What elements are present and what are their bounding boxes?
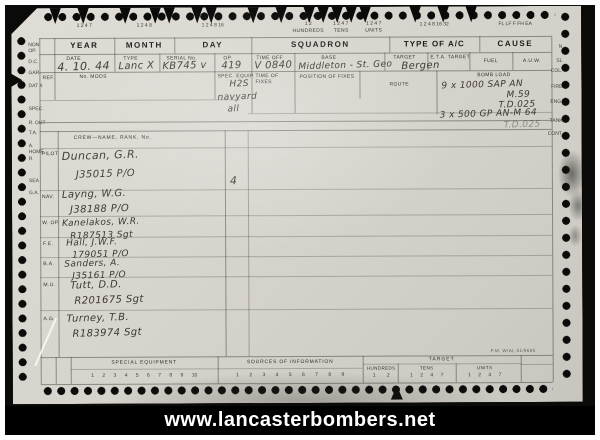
label-sources-of-information: SOURCES OF INFORMATION: [218, 359, 363, 366]
label-hundreds: HUNDREDS: [291, 28, 325, 34]
scale-units: 1 2 4 7: [358, 21, 389, 27]
label-special-equipment: SPECIAL EQUIPMENT: [71, 359, 218, 366]
handwriting-target: Bergen: [401, 60, 440, 72]
edge-label-non-op: NON OP.: [28, 42, 46, 54]
crew-name: Hall, J.W.F.: [66, 237, 118, 249]
sources-numbers: 1 2 3 4 5 6 7 8 9: [222, 372, 359, 379]
raid-report-punch-card: 1 2 4 7 1 2 4 8 1 2 4 8 16 1 2 1 2 4 7 1…: [11, 6, 583, 404]
scale-year: 1 2 4 7: [54, 23, 114, 29]
crew-header: CREW—NAME, RANK, No.: [74, 135, 152, 141]
punch-notch: [119, 7, 131, 24]
grid-line: [114, 38, 115, 72]
grid-line: [58, 131, 60, 357]
handwriting-squadron: 419: [221, 60, 242, 72]
handwriting-ops-count: 4: [230, 174, 238, 187]
header-type-ac: TYPE OF A/C: [389, 39, 479, 48]
crew-number: J35015 P/O: [76, 168, 136, 181]
punch-notch: [49, 7, 61, 24]
grid-line: [398, 364, 399, 383]
header-month: MONTH: [114, 41, 174, 50]
grid-line: [40, 129, 552, 132]
label-route: ROUTE: [389, 82, 409, 88]
grid-line: [40, 99, 240, 101]
punch-notch: [191, 6, 203, 23]
punch-notch: [163, 7, 175, 24]
punch-holes-right: [559, 10, 573, 386]
grid-line: [174, 38, 175, 54]
target-tens-numbers: 1 2 4 7: [400, 372, 454, 378]
header-year: YEAR: [54, 41, 114, 50]
grid-line: [479, 36, 480, 52]
scale-tens: 1 2 4 7: [324, 21, 357, 27]
header-day: DAY: [174, 40, 251, 49]
scale-type-ac: 1 2 4 8 16 32: [389, 21, 479, 27]
grid-line: [456, 363, 457, 382]
edge-label-ta: T.A.: [29, 130, 47, 136]
label-tens-bottom: TENS: [400, 365, 454, 370]
grid-line: [159, 54, 160, 72]
punch-notch: [247, 6, 259, 23]
special-equipment-numbers: 1 2 3 4 5 6 7 8 9 10: [75, 372, 214, 379]
handwriting-spec-equip-2: navyard: [217, 92, 257, 103]
grid-line: [56, 357, 57, 384]
edge-label-r-out: R. OUT: [29, 120, 47, 126]
handwriting-serial: KB745 v: [162, 60, 207, 72]
crew-row-line: [40, 308, 552, 311]
crew-number: J38188 P/O: [70, 203, 130, 216]
crew-name: Layng, W.G.: [62, 188, 127, 201]
grid-line: [294, 53, 295, 113]
grid-line: [71, 368, 363, 370]
crew-number: R183974 Sgt: [72, 327, 142, 340]
edge-label-sl: SL: [544, 58, 562, 64]
crew-name: Tutt, D.D.: [70, 279, 122, 292]
grid-line: [521, 364, 553, 365]
target-units-numbers: 1 2 4 7: [458, 372, 512, 378]
form-reference: F.M. W/AL 51/9685: [491, 348, 536, 353]
punch-notch-left: [10, 73, 22, 87]
crew-number: R201675 Sgt: [74, 294, 144, 307]
label-units: UNITS: [358, 28, 389, 34]
scan-backdrop: 1 2 4 7 1 2 4 8 1 2 4 8 16 1 2 1 2 4 7 1…: [5, 5, 595, 435]
label-target-bottom: TARGET: [363, 356, 521, 363]
crew-name: Kanelakos, W.R.: [62, 217, 140, 229]
scale-day: 1 2 4 8 16: [174, 22, 251, 28]
label-mods: No. MODS: [79, 74, 106, 80]
punch-notch: [437, 5, 449, 22]
crew-name: Duncan, G.R.: [62, 148, 140, 163]
edge-label-cont: CONT.: [545, 131, 563, 137]
edge-label-ga: G.A.: [29, 190, 47, 196]
label-units-bottom: UNITS: [458, 365, 512, 370]
edge-label-r: R.: [29, 156, 47, 162]
label-time-of-fixes: TIME OF FIXES: [255, 73, 291, 85]
handwriting-type: Lanc X: [118, 60, 154, 72]
edge-label-n: N: [544, 44, 562, 50]
handwriting-date: 4. 10. 44: [57, 59, 110, 74]
grid-line: [214, 53, 215, 99]
crew-name: Turney, T.B.: [66, 312, 129, 325]
edge-label-dat-x: DAT X: [28, 83, 46, 89]
label-target: TARGET: [393, 54, 415, 60]
grid-line: [40, 120, 552, 123]
edge-label-fire: FIRE: [544, 84, 562, 90]
header-cause: CAUSE: [479, 39, 551, 48]
grid-line: [359, 71, 360, 99]
punch-notch: [465, 5, 477, 22]
edge-label-eng: ENG.: [545, 99, 563, 105]
label-position-of-fixes: POSITION OF FIXES: [299, 74, 354, 80]
edge-label-sea: SEA: [29, 178, 47, 184]
scale-hundreds: 1 2: [293, 21, 323, 27]
handwriting-spec-equip-3: all: [227, 104, 239, 114]
label-tens: TENS: [326, 28, 356, 34]
edge-label-gar: GAR.: [28, 70, 46, 76]
grid-line: [389, 37, 390, 53]
handwriting-spec-equip-1: H2S: [229, 79, 249, 90]
crew-role-ba: B.A.: [43, 261, 54, 267]
label-base: BASE: [321, 55, 336, 61]
handwriting-bomb-5: T.D.025: [504, 119, 541, 130]
label-fuel: FUEL: [469, 58, 512, 64]
paper-crease: [34, 318, 57, 366]
edge-label-a-home: A. HOME: [29, 143, 47, 155]
punch-notch: [77, 7, 89, 24]
target-hundreds-numbers: 1 2: [365, 373, 398, 379]
handwriting-time-off: V 0840: [254, 60, 292, 72]
grid-line: [248, 130, 250, 356]
edge-label-spec: SPEC.: [29, 106, 47, 112]
grid-line: [225, 130, 227, 356]
punch-notch-bottom: [391, 386, 403, 400]
crew-role-mu: M.U.: [43, 282, 55, 288]
punch-notch: [205, 6, 217, 23]
label-hundreds-bottom: HUNDREDS: [365, 366, 398, 371]
label-bomb-load: BOMB LOAD: [436, 72, 551, 79]
grid-line: [521, 355, 522, 382]
scale-month: 1 2 4 8: [114, 23, 174, 29]
watermark-bar: www.lancasterbombers.net: [5, 406, 595, 435]
grid-line: [39, 38, 42, 384]
punch-notch: [409, 5, 421, 22]
punch-notch: [275, 6, 287, 23]
crew-name: Sanders, A.: [64, 258, 120, 270]
punch-notch: [149, 7, 161, 24]
edge-label-col: COL.: [544, 68, 562, 74]
header-squadron: SQUADRON: [251, 40, 389, 50]
edge-label-dc: D.C.: [28, 59, 46, 65]
crew-role-wop: W. OP.: [42, 220, 60, 226]
scale-cause: FL LF F FH EA: [479, 21, 551, 27]
punch-holes-bottom: [41, 384, 553, 397]
crew-role-fe: F.E.: [43, 241, 53, 247]
edge-label-tank: TANK: [545, 118, 563, 124]
handwriting-bomb-4: 3 x 500 GP AN-M 64: [439, 108, 537, 121]
